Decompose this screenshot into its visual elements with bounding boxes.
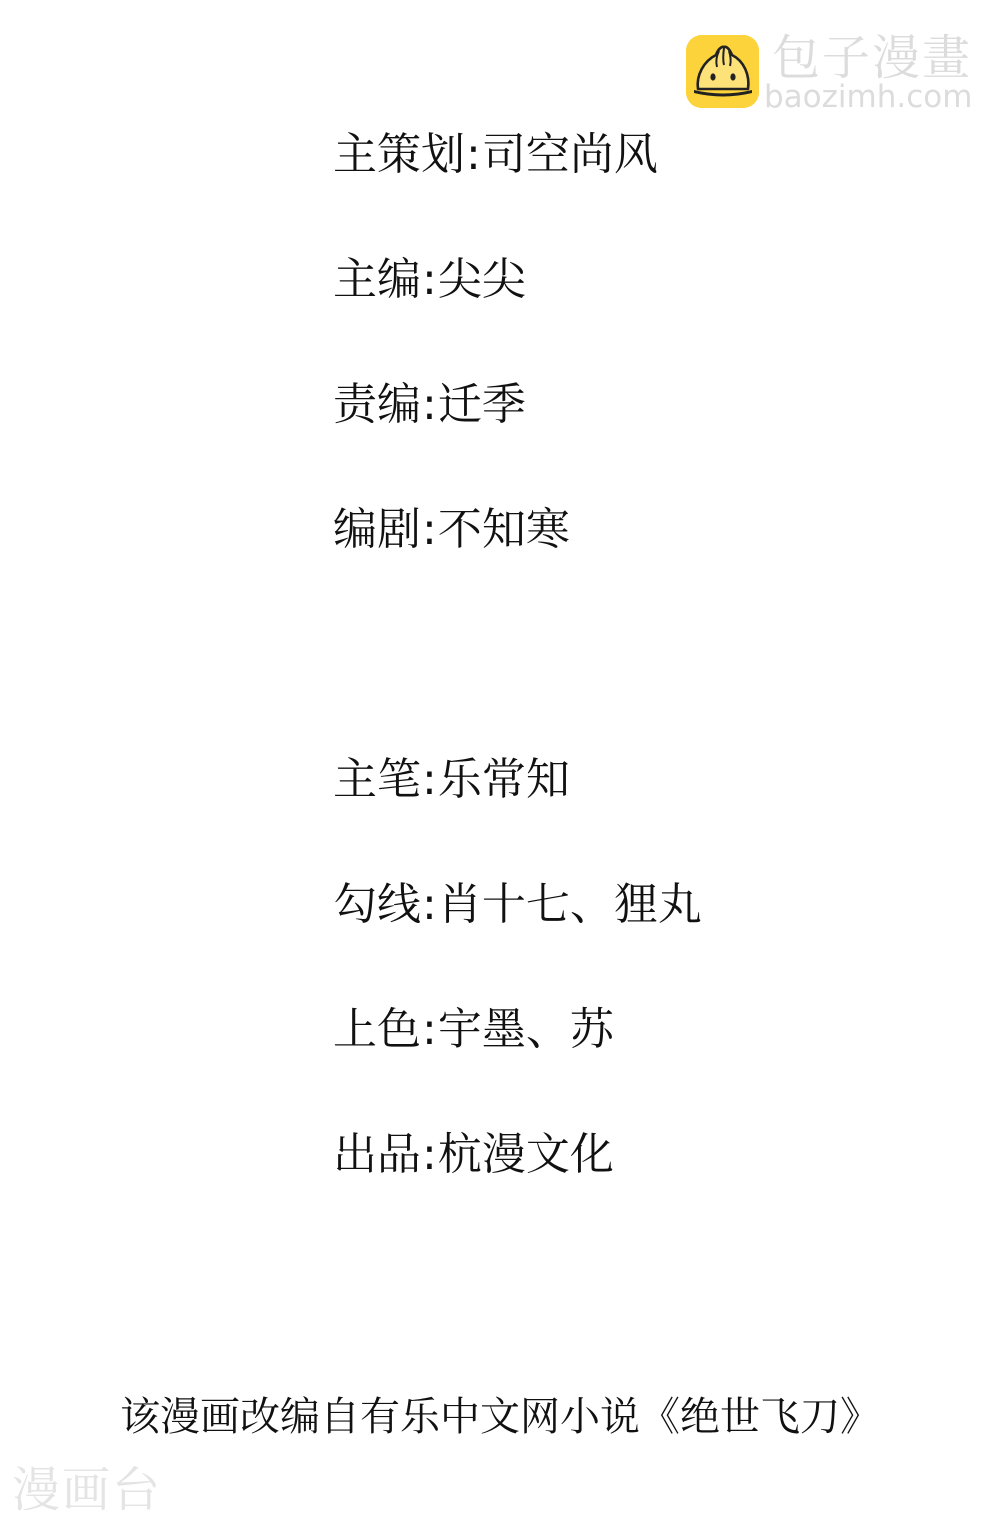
credit-separator: :: [422, 1004, 437, 1055]
credit-responsible-editor: 责编:迁季: [333, 380, 526, 430]
credit-role: 勾线: [333, 879, 421, 930]
source-note: 该漫画改编自有乐中文网小说《绝世飞刀》: [0, 1392, 1000, 1442]
credit-separator: :: [422, 1129, 437, 1180]
credit-role: 主策划: [333, 129, 465, 180]
credit-coloring: 上色:宇墨、苏: [333, 1005, 614, 1055]
credit-role: 主编: [333, 254, 421, 305]
credit-name: 司空尚风: [482, 129, 658, 180]
credit-name: 肖十七、狸丸: [438, 879, 702, 930]
credit-role: 上色: [333, 1004, 421, 1055]
manhuatai-watermark: 漫画台: [12, 1460, 162, 1520]
baozimh-watermark: 包子漫畫 baozimh.com: [686, 34, 986, 114]
credit-chief-planner: 主策划:司空尚风: [333, 130, 658, 180]
credit-name: 杭漫文化: [438, 1129, 614, 1180]
credit-separator: :: [422, 254, 437, 305]
credit-separator: :: [466, 129, 481, 180]
credit-producer: 出品:杭漫文化: [333, 1130, 614, 1180]
credit-separator: :: [422, 879, 437, 930]
credit-screenwriter: 编剧:不知寒: [333, 505, 570, 555]
credit-name: 尖尖: [438, 254, 526, 305]
credit-role: 编剧: [333, 504, 421, 555]
credit-name: 不知寒: [438, 504, 570, 555]
credit-name: 乐常知: [438, 754, 570, 805]
credit-separator: :: [422, 504, 437, 555]
credit-role: 主笔: [333, 754, 421, 805]
credit-chief-editor: 主编:尖尖: [333, 255, 526, 305]
credit-lead-artist: 主笔:乐常知: [333, 755, 570, 805]
steamed-bun-logo-icon: [686, 35, 759, 108]
credit-role: 责编: [333, 379, 421, 430]
credit-name: 迁季: [438, 379, 526, 430]
brand-name: 包子漫畫: [772, 30, 972, 86]
credit-name: 宇墨、苏: [438, 1004, 614, 1055]
credit-separator: :: [422, 379, 437, 430]
brand-url: baozimh.com: [764, 80, 972, 114]
credit-separator: :: [422, 754, 437, 805]
credit-role: 出品: [333, 1129, 421, 1180]
credit-line-art: 勾线:肖十七、狸丸: [333, 880, 702, 930]
